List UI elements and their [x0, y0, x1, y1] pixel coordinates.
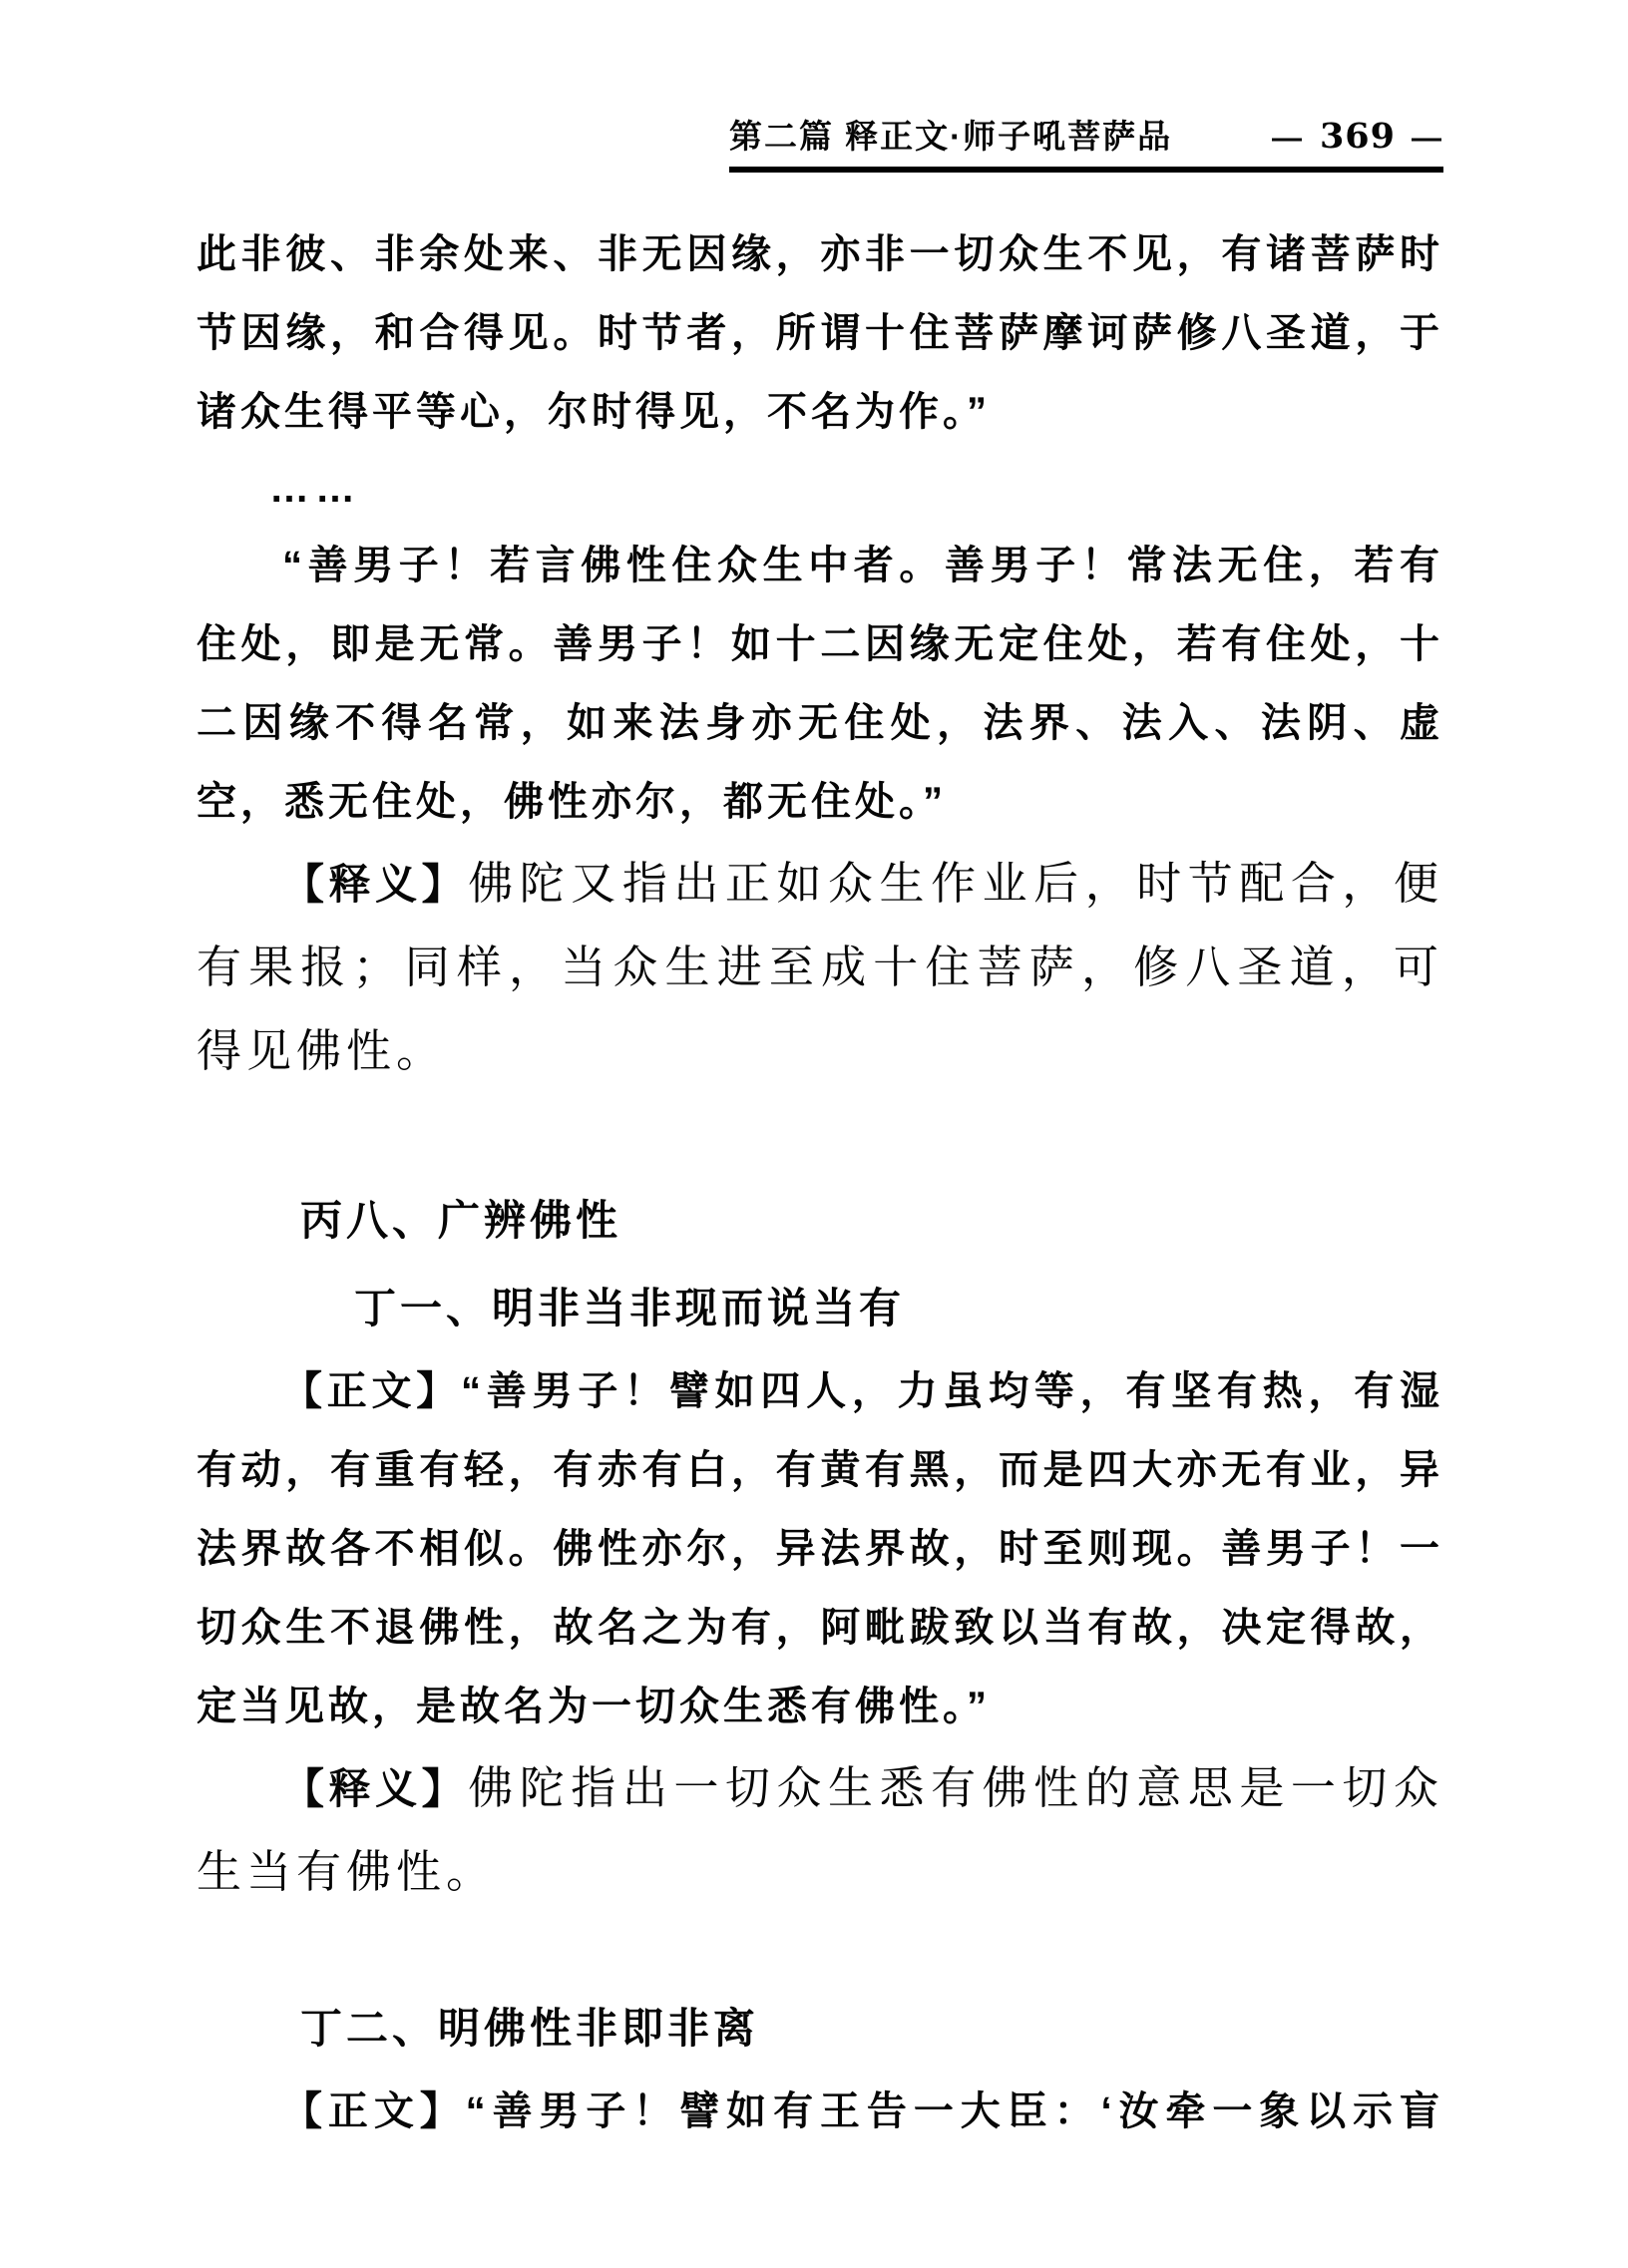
scripture-line: 此非彼、非余处来、非无因缘，亦非一切众生不见，有诸菩萨时: [197, 215, 1443, 294]
ellipsis-line: ……: [197, 452, 1443, 527]
scripture-line: 【正文】“善男子！譬如四人，力虽均等，有坚有热，有湿: [197, 1352, 1443, 1431]
section-gap: [197, 1093, 1443, 1177]
explanation-line: 得见佛性。: [197, 1009, 1443, 1093]
subsection-heading-dinger: 丁二、明佛性非即非离: [197, 1985, 1443, 2073]
section-heading-bingba: 丙八、广辨佛性: [197, 1177, 1443, 1265]
explanation-text: 佛陀又指出正如众生作业后，时节配合，便: [468, 857, 1443, 910]
scripture-text: “善男子！譬如四人，力虽均等，有坚有热，有湿: [461, 1369, 1443, 1413]
section-gap: [197, 1914, 1443, 1985]
scripture-line: 空，悉无住处，佛性亦尔，都无住处。”: [197, 763, 1443, 842]
scripture-line: 诸众生得平等心，尔时得见，不名为作。”: [197, 373, 1443, 452]
header-page-number: 369: [1320, 116, 1396, 157]
scripture-line: 定当见故，是故名为一切众生悉有佛性。”: [197, 1668, 1443, 1746]
page-body: 此非彼、非余处来、非无因缘，亦非一切众生不见，有诸菩萨时 节因缘，和合得见。时节…: [197, 215, 1443, 2151]
explanation-text: 佛陀指出一切众生悉有佛性的意思是一切众: [468, 1761, 1443, 1814]
page-header: 第二篇 释正文·师子吼菩萨品 — 369 —: [729, 111, 1443, 173]
header-rule: [729, 167, 1443, 173]
header-dash-right: —: [1412, 122, 1443, 156]
scripture-line: 切众生不退佛性，故名之为有，阿毗跋致以当有故，决定得故，: [197, 1589, 1443, 1668]
header-row: 第二篇 释正文·师子吼菩萨品 — 369 —: [729, 111, 1443, 158]
shiyi-label: 【释义】: [282, 1765, 468, 1812]
scripture-line: 节因缘，和合得见。时节者，所谓十住菩萨摩诃萨修八圣道，于: [197, 294, 1443, 373]
scripture-line: 法界故各不相似。佛性亦尔，异法界故，时至则现。善男子！一: [197, 1510, 1443, 1589]
header-dash-left: —: [1272, 122, 1304, 156]
scripture-line: 二因缘不得名常，如来法身亦无住处，法界、法入、法阴、虚: [197, 684, 1443, 763]
header-page-indicator: — 369 —: [1272, 116, 1443, 157]
scripture-line: 有动，有重有轻，有赤有白，有黄有黑，而是四大亦无有业，异: [197, 1431, 1443, 1510]
zhengwen-label: 【正文】: [282, 2089, 466, 2133]
explanation-line: 生当有佛性。: [197, 1830, 1443, 1914]
explanation-line: 【释义】佛陀又指出正如众生作业后，时节配合，便: [197, 842, 1443, 926]
zhengwen-label: 【正文】: [282, 1369, 461, 1413]
explanation-line: 【释义】佛陀指出一切众生悉有佛性的意思是一切众: [197, 1746, 1443, 1830]
scripture-line: 【正文】“善男子！譬如有王告一大臣：‘汝牵一象以示盲: [197, 2073, 1443, 2151]
scripture-text: “善男子！譬如有王告一大臣：‘汝牵一象以示盲: [466, 2089, 1443, 2133]
explanation-line: 有果报；同样，当众生进至成十住菩萨，修八圣道，可: [197, 926, 1443, 1009]
scripture-line: “善男子！若言佛性住众生中者。善男子！常法无住，若有: [197, 527, 1443, 605]
subsection-heading-dingyi: 丁一、明非当非现而说当有: [197, 1265, 1443, 1352]
header-section-title: 第二篇 释正文·师子吼菩萨品: [729, 111, 1172, 158]
scripture-line: 住处，即是无常。善男子！如十二因缘无定住处，若有住处，十: [197, 605, 1443, 684]
shiyi-label: 【释义】: [282, 861, 468, 908]
